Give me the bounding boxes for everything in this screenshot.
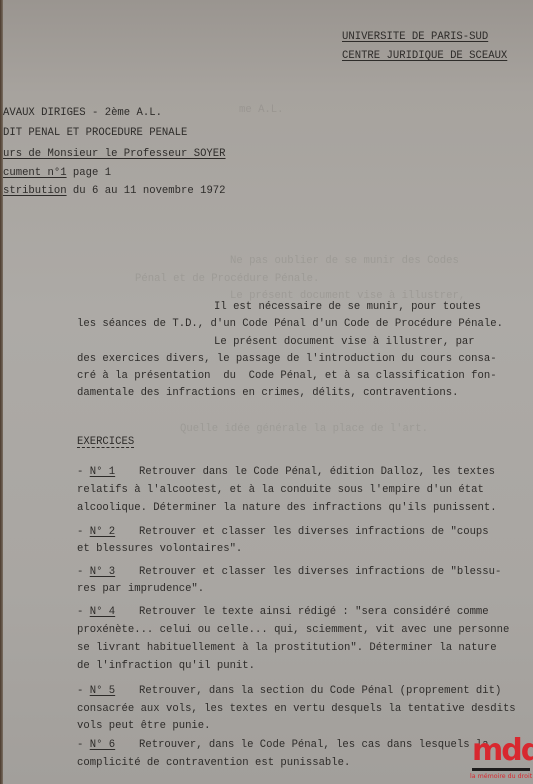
intro-paragraph-2-line: Le présent document vise à illustrer, pa…: [214, 336, 475, 348]
center-name: CENTRE JURIDIQUE DE SCEAUX: [342, 50, 507, 62]
course-title: DIT PENAL ET PROCEDURE PENALE: [3, 127, 187, 139]
document-number: cument n°1 page 1: [3, 167, 111, 179]
exercise-line: proxénète... celui ou celle... qui, scie…: [77, 624, 509, 636]
course-type: AVAUX DIRIGES - 2ème A.L.: [3, 107, 162, 119]
exercise-number: N° 2: [90, 526, 115, 538]
exercise-number: N° 1: [90, 466, 115, 478]
document-page: page 1: [67, 167, 112, 179]
exercise-5: - N° 5: [77, 685, 115, 697]
course-professor: urs de Monsieur le Professeur SOYER: [3, 148, 226, 160]
exercise-line: Retrouver, dans le Code Pénal, les cas d…: [139, 739, 489, 751]
exercise-3: - N° 3: [77, 566, 115, 578]
exercise-line: Retrouver le texte ainsi rédigé : "sera …: [139, 606, 489, 618]
intro-paragraph-2-line: cré à la présentation du Code Pénal, et …: [77, 370, 497, 382]
exercise-line: Retrouver dans le Code Pénal, édition Da…: [139, 466, 495, 478]
mdd-logo: mdd la mémoire du droit: [470, 735, 532, 784]
exercise-line: et blessures volontaires".: [77, 543, 242, 555]
exercise-line: de l'infraction qu'il punit.: [77, 660, 255, 672]
exercise-line: vols peut être punie.: [77, 720, 211, 732]
distribution-date: stribution du 6 au 11 novembre 1972: [3, 185, 226, 197]
intro-paragraph-2-line: damentale des infractions en crimes, dél…: [77, 387, 458, 399]
exercise-line: Retrouver, dans la section du Code Pénal…: [139, 685, 501, 697]
distribution-dates: du 6 au 11 novembre 1972: [67, 185, 226, 197]
document-number-label: cument n°1: [3, 167, 67, 179]
exercise-number: N° 4: [90, 606, 115, 618]
exercises-heading: EXERCICES: [77, 436, 134, 448]
bleed-through-text: Ne pas oublier de se munir des Codes: [230, 255, 459, 267]
intro-paragraph-1-line: Il est nécessaire de se munir, pour tout…: [214, 301, 481, 313]
mdd-tagline: la mémoire du droit: [470, 773, 532, 780]
exercise-number: N° 6: [90, 739, 115, 751]
exercise-number: N° 5: [90, 685, 115, 697]
intro-paragraph-2-line: des exercices divers, le passage de l'in…: [77, 353, 497, 365]
exercise-number: N° 3: [90, 566, 115, 578]
exercise-4: - N° 4: [77, 606, 115, 618]
bleed-through-text: Quelle idée générale la place de l'art.: [180, 423, 428, 435]
exercise-2: - N° 2: [77, 526, 115, 538]
exercise-1: - N° 1: [77, 466, 115, 478]
distribution-label: stribution: [3, 185, 67, 197]
exercise-6: - N° 6: [77, 739, 115, 751]
exercise-line: alcoolique. Déterminer la nature des inf…: [77, 502, 497, 514]
exercise-line: complicité de contravention est punissab…: [77, 757, 350, 769]
logo-divider: [472, 768, 530, 771]
bleed-through-text: Pénal et de Procédure Pénale.: [135, 273, 319, 285]
intro-paragraph-1-line: les séances de T.D., d'un Code Pénal d'u…: [77, 318, 503, 330]
exercise-line: Retrouver et classer les diverses infrac…: [139, 566, 501, 578]
exercise-line: se livrant habituellement à la prostitut…: [77, 642, 497, 654]
exercise-line: consacrée aux vols, les textes en vertu …: [77, 703, 516, 715]
exercise-line: relatifs à l'alcootest, et à la conduite…: [77, 484, 484, 496]
exercise-line: res par imprudence".: [77, 583, 204, 595]
bleed-through-text: me A.L.: [150, 104, 284, 116]
university-name: UNIVERSITE DE PARIS-SUD: [342, 31, 488, 43]
exercise-line: Retrouver et classer les diverses infrac…: [139, 526, 489, 538]
mdd-logo-text: mdd: [472, 733, 533, 768]
